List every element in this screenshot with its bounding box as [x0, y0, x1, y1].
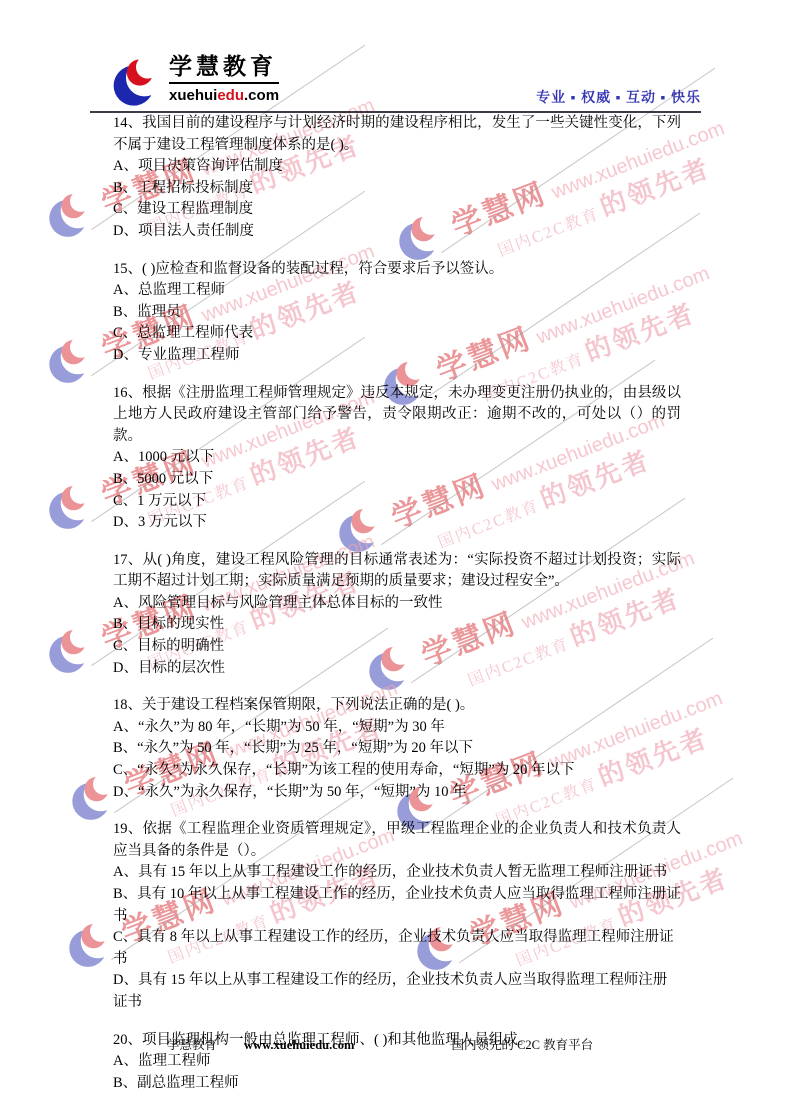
option-line: B、具有 10 年以上从事工程建设工作的经历，企业技术负责人应当取得监理工程师注…	[113, 884, 681, 927]
option-list: A、监理工程师B、副总监理工程师	[113, 1051, 681, 1094]
option-list: A、项目决策咨询评估制度B、工程招标投标制度C、建设工程监理制度D、项目法人责任…	[113, 156, 681, 242]
brand-domain: xuehuiedu.com	[169, 87, 279, 104]
brand-domain-part2: edu	[217, 87, 244, 104]
option-line: A、总监理工程师	[113, 280, 681, 302]
option-line: C、建设工程监理制度	[113, 199, 681, 221]
xuehui-swoosh-icon	[71, 772, 115, 822]
footer-tagline: 国内领先的 C2C 教育平台	[451, 1035, 593, 1053]
questions: 14、我国目前的建设程序与计划经济时期的建设程序相比，发生了一些关键性变化，下列…	[113, 113, 681, 1110]
question-text: 19、依据《工程监理企业资质管理规定》，甲级工程监理企业的企业负责人和技术负责人…	[113, 819, 681, 862]
brand-domain-part3: .com	[244, 87, 279, 104]
page-footer: 学慧教育 www.xuehuiedu.com 国内领先的 C2C 教育平台	[90, 1035, 701, 1053]
question-text: 15、( )应检查和监督设备的装配过程，符合要求后予以签认。	[113, 259, 681, 281]
document-page: 学慧网www.xuehuiedu.com 国内C2C教育的领先者 学慧网www.…	[0, 0, 792, 1120]
option-list: A、1000 元以下B、5000 元以下C、1 万元以下D、3 万元以下	[113, 447, 681, 533]
option-line: A、具有 15 年以上从事工程建设工作的经历，企业技术负责人暂无监理工程师注册证…	[113, 862, 681, 884]
option-line: B、工程招标投标制度	[113, 178, 681, 200]
option-line: D、具有 15 年以上从事工程建设工作的经历，企业技术负责人应当取得监理工程师注…	[113, 970, 681, 1013]
option-line: A、“永久”为 80 年，“长期”为 50 年，“短期”为 30 年	[113, 717, 681, 739]
option-line: C、目标的明确性	[113, 636, 681, 658]
brand-domain-part1: xuehui	[169, 87, 217, 104]
question-text: 18、关于建设工程档案保管期限，下列说法正确的是( )。	[113, 695, 681, 717]
option-line: B、目标的现实性	[113, 614, 681, 636]
brand-slogan: 专业 ▪ 权威 ▪ 互动 ▪ 快乐	[536, 87, 701, 108]
option-line: A、监理工程师	[113, 1051, 681, 1073]
question-item: 19、依据《工程监理企业资质管理规定》，甲级工程监理企业的企业负责人和技术负责人…	[113, 819, 681, 1013]
option-list: A、“永久”为 80 年，“长期”为 50 年，“短期”为 30 年B、“永久”…	[113, 717, 681, 803]
question-item: 16、根据《注册监理工程师管理规定》违反本规定，未办理变更注册仍执业的，由县级以…	[113, 383, 681, 534]
option-line: C、“永久”为永久保存，“长期”为该工程的使用寿命，“短期”为 20 年以下	[113, 760, 681, 782]
option-list: A、总监理工程师B、监理员C、总监理工程师代表D、专业监理工程师	[113, 280, 681, 366]
brand-logo: 学慧教育 xuehuiedu.com	[112, 54, 279, 108]
footer-brand: 学慧教育	[167, 1035, 217, 1053]
brand-name-cn: 学慧教育	[169, 54, 279, 84]
option-line: D、3 万元以下	[113, 512, 681, 534]
xuehui-swoosh-icon	[48, 625, 92, 675]
question-text: 16、根据《注册监理工程师管理规定》违反本规定，未办理变更注册仍执业的，由县级以…	[113, 383, 681, 448]
xuehui-swoosh-icon	[48, 189, 92, 239]
xuehui-swoosh-icon	[68, 919, 112, 969]
option-line: B、“永久”为 50 年，“长期”为 25 年，“短期”为 20 年以下	[113, 738, 681, 760]
option-line: D、“永久”为永久保存，“长期”为 50 年，“短期”为 10 年	[113, 782, 681, 804]
question-item: 14、我国目前的建设程序与计划经济时期的建设程序相比，发生了一些关键性变化，下列…	[113, 113, 681, 243]
option-line: C、1 万元以下	[113, 491, 681, 513]
xuehui-swoosh-icon	[48, 335, 92, 385]
option-line: C、具有 8 年以上从事工程建设工作的经历，企业技术负责人应当取得监理工程师注册…	[113, 927, 681, 970]
question-text: 14、我国目前的建设程序与计划经济时期的建设程序相比，发生了一些关键性变化，下列…	[113, 113, 681, 156]
option-line: A、1000 元以下	[113, 447, 681, 469]
xuehui-swoosh-icon	[48, 481, 92, 531]
option-list: A、风险管理目标与风险管理主体总体目标的一致性B、目标的现实性C、目标的明确性D…	[113, 593, 681, 679]
question-item: 15、( )应检查和监督设备的装配过程，符合要求后予以签认。 A、总监理工程师B…	[113, 259, 681, 367]
option-line: D、项目法人责任制度	[113, 221, 681, 243]
question-item: 18、关于建设工程档案保管期限，下列说法正确的是( )。 A、“永久”为 80 …	[113, 695, 681, 803]
option-list: A、具有 15 年以上从事工程建设工作的经历，企业技术负责人暂无监理工程师注册证…	[113, 862, 681, 1013]
option-line: D、专业监理工程师	[113, 345, 681, 367]
page-header: 学慧教育 xuehuiedu.com 专业 ▪ 权威 ▪ 互动 ▪ 快乐	[112, 54, 701, 108]
option-line: B、副总监理工程师	[113, 1073, 681, 1095]
option-line: B、监理员	[113, 302, 681, 324]
option-line: B、5000 元以下	[113, 469, 681, 491]
footer-url: www.xuehuiedu.com	[244, 1038, 354, 1053]
question-text: 17、从( )角度，建设工程风险管理的目标通常表述为：“实际投资不超过计划投资；…	[113, 550, 681, 593]
xuehui-swoosh-icon	[112, 54, 160, 108]
option-line: A、项目决策咨询评估制度	[113, 156, 681, 178]
question-item: 17、从( )角度，建设工程风险管理的目标通常表述为：“实际投资不超过计划投资；…	[113, 550, 681, 680]
option-line: A、风险管理目标与风险管理主体总体目标的一致性	[113, 593, 681, 615]
option-line: C、总监理工程师代表	[113, 323, 681, 345]
option-line: D、目标的层次性	[113, 658, 681, 680]
